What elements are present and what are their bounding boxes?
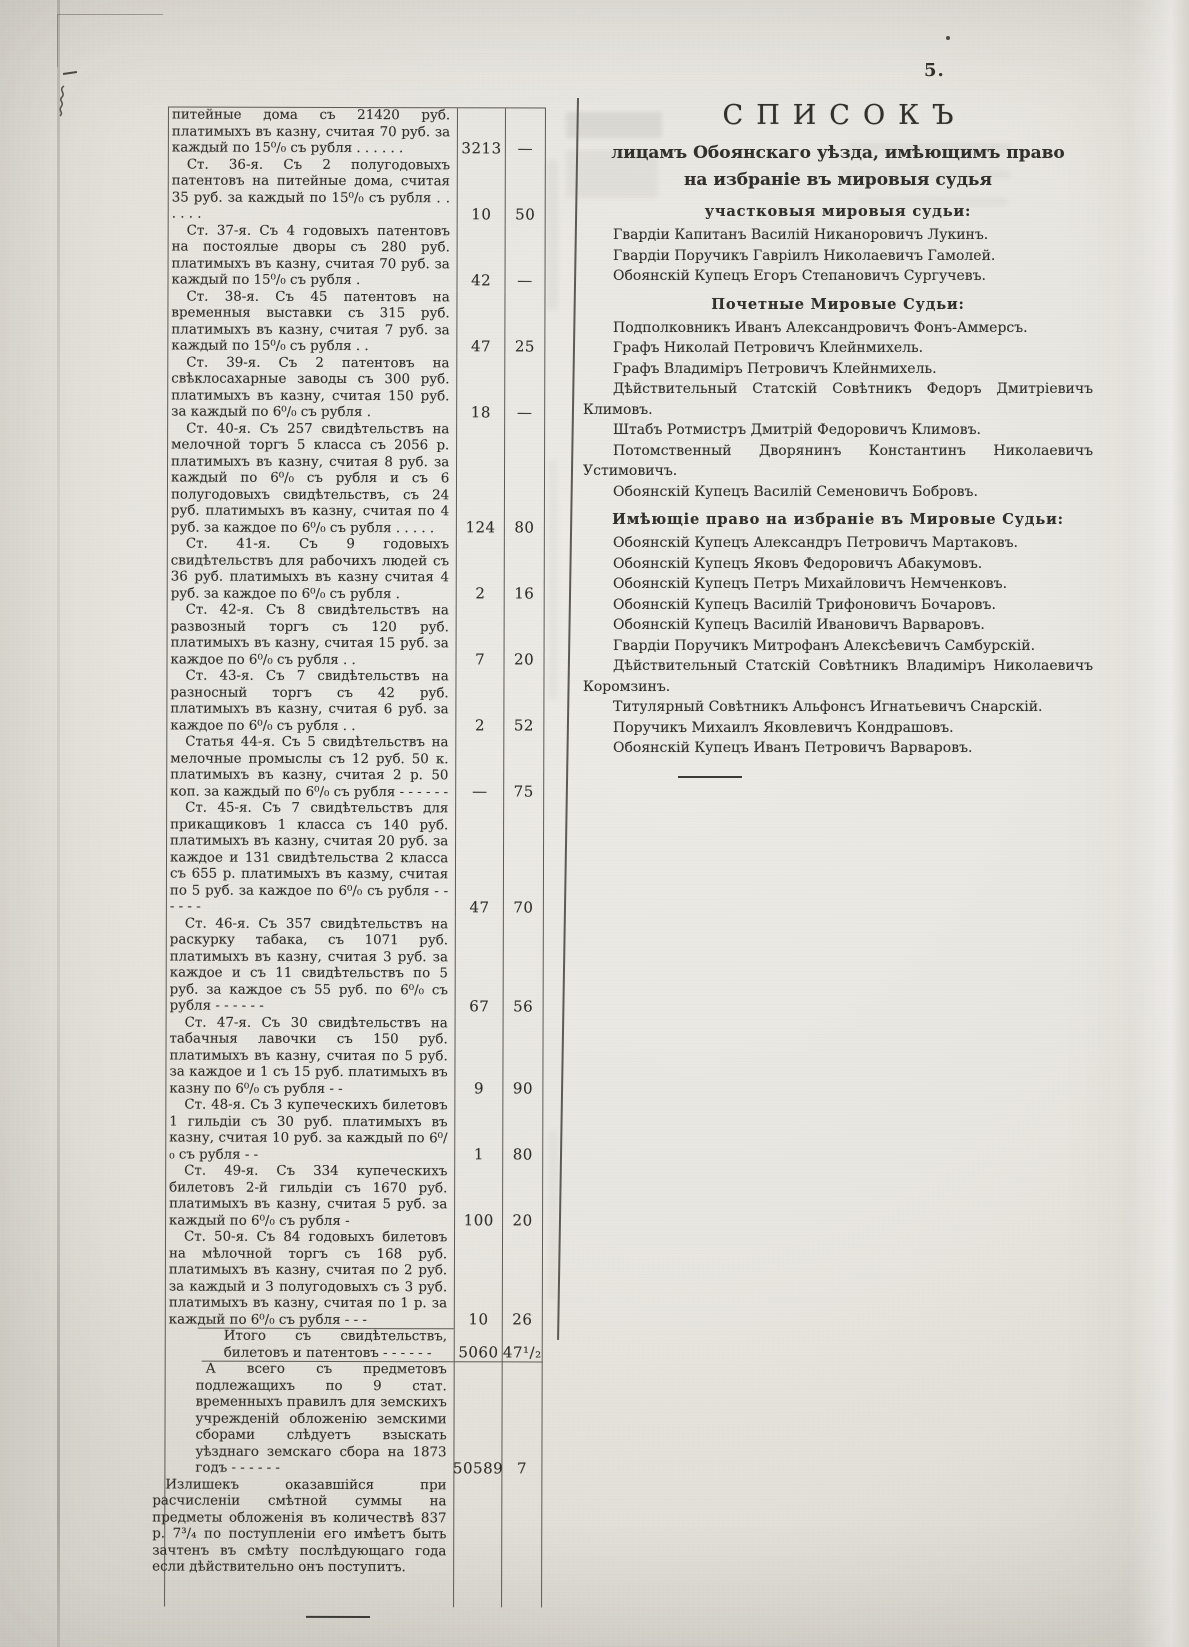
kopecks-value: 56	[504, 917, 544, 1016]
rubles-value: 9	[456, 1016, 504, 1099]
section-end-rule	[306, 1615, 370, 1618]
statement-row: Ст. 50-я. Съ 84 годовыхъ билетовъ на мѣл…	[166, 1230, 543, 1330]
kopecks-value: 26	[503, 1230, 543, 1329]
corner-fold-mark	[57, 14, 163, 67]
statement-paragraph: Ст. 43-я. Съ 7 свидѣтельствъ на разносны…	[170, 669, 448, 736]
kopecks-value: 52	[504, 669, 544, 735]
statement-paragraph: Ст. 42-я. Съ 8 свидѣтельствъ на развозны…	[171, 603, 449, 670]
person-name: Обоянскій Купецъ Василій Ивановичъ Варва…	[583, 615, 1093, 636]
statement-row: Ст. 42-я. Съ 8 свидѣтельствъ на развозны…	[168, 603, 545, 670]
person-name: Дѣйствительный Статскій Совѣтникъ Владим…	[583, 656, 1093, 697]
statement-text-cell: Ст. 41-я. Съ 9 годовыхъ свидѣтельствъ дл…	[168, 537, 457, 604]
spacer-text-cell	[165, 1576, 454, 1607]
kopecks-value: 75	[504, 735, 544, 801]
person-name: Потомственный Дворянинъ Константинъ Нико…	[583, 441, 1093, 482]
statement-row: Ст. 47-я. Съ 30 свидѣтельствъ на табачны…	[166, 1015, 543, 1098]
rubles-value: 10	[455, 1230, 503, 1329]
section-heading: Имѣющіе право на избраніе въ Мировые Суд…	[583, 509, 1093, 530]
kopecks-value: —	[506, 224, 546, 290]
person-name: Гвардіи Поручикъ Гавріилъ Николаевичъ Га…	[583, 246, 1093, 267]
column-divider-rule	[557, 98, 579, 1340]
statement-text-cell: Ст. 49-я. Съ 334 купеческихъ билетовъ 2-…	[166, 1164, 455, 1231]
kopecks-value: 20	[505, 603, 545, 669]
kopecks-value: 16	[505, 537, 545, 603]
kopecks-value	[502, 1478, 542, 1577]
statement-row: Ст. 41-я. Съ 9 годовыхъ свидѣтельствъ дл…	[168, 537, 545, 604]
statement-text-cell: Излишекъ оказавшійся при расчисленіи смѣ…	[152, 1477, 454, 1577]
spacer-rub-cell	[454, 1577, 502, 1607]
statement-paragraph: Ст. 38-я. Съ 45 патентовъ на временныя в…	[171, 289, 449, 356]
statement-paragraph: Ст. 48-я. Съ 3 купеческихъ билетовъ 1 ги…	[169, 1098, 447, 1165]
list-subtitle-line2: на избраніе въ мировыя судья	[583, 167, 1093, 194]
statement-row: Ст. 43-я. Съ 7 свидѣтельствъ на разносны…	[167, 669, 544, 736]
statement-paragraph: питейные дома съ 21420 руб. платимыхъ въ…	[172, 108, 450, 158]
kopecks-value: 20	[503, 1164, 543, 1230]
statement-text-cell: Ст. 38-я. Съ 45 патентовъ на временныя в…	[168, 289, 457, 356]
rubles-value: 2	[457, 669, 505, 735]
person-name: Обоянскій Купецъ Василій Семеновичъ Бобр…	[583, 482, 1093, 503]
statement-row: Ст. 45-я. Съ 7 свидѣтельствъ для прикащи…	[167, 801, 544, 917]
statement-paragraph: Ст. 39-я. Съ 2 патентовъ на свѣклосахарн…	[171, 355, 449, 422]
person-name: Обоянскій Купецъ Василій Трифоновичъ Боч…	[583, 595, 1093, 616]
statement-row: А всего съ предметовъ подлежащихъ по 9 с…	[165, 1362, 542, 1478]
rubles-value: 2	[457, 537, 505, 603]
kopecks-value: —	[505, 356, 545, 422]
rubles-value: 124	[457, 422, 505, 538]
person-name: Обоянскій Купецъ Петръ Михайловичъ Немче…	[583, 574, 1093, 595]
statement-paragraph: Ст. 37-я. Съ 4 годовыхъ патентовъ на пос…	[172, 223, 450, 290]
ink-dot-artifact	[946, 36, 950, 40]
person-name: Обоянскій Купецъ Иванъ Петровичъ Варваро…	[583, 738, 1093, 759]
statement-text-cell: А всего съ предметовъ подлежащихъ по 9 с…	[165, 1362, 454, 1478]
rubles-value: 67	[456, 917, 504, 1016]
person-name: Штабъ Ротмистръ Дмитрій Федоровичъ Климо…	[583, 420, 1093, 441]
rubles-value: 42	[458, 224, 506, 290]
statement-text-cell: Ст. 36-я. Съ 2 полугодовыхъ патентовъ на…	[169, 157, 458, 224]
statement-text-cell: Ст. 48-я. Съ 3 купеческихъ билетовъ 1 ги…	[166, 1098, 455, 1165]
rubles-value	[454, 1478, 502, 1577]
rubles-value: 50589	[455, 1362, 503, 1478]
statement-paragraph: Ст. 46-я. Съ 357 свидѣтельствъ на раскур…	[170, 916, 448, 1016]
bleed-through-mark	[546, 160, 558, 310]
pen-squiggle-mark	[50, 84, 74, 122]
statement-paragraph: Итого съ свидѣтельствъ, билетовъ и патен…	[224, 1329, 447, 1363]
rubles-value: 3213	[458, 108, 506, 158]
rubles-value: 18	[457, 356, 505, 422]
statement-paragraph: Ст. 41-я. Съ 9 годовыхъ свидѣтельствъ дл…	[171, 537, 449, 604]
statement-paragraph: Излишекъ оказавшійся при расчисленіи смѣ…	[152, 1477, 446, 1577]
person-name: Графъ Владиміръ Петровичъ Клейнмихель.	[583, 359, 1093, 380]
statement-text-cell: Итого съ свидѣтельствъ, билетовъ и патен…	[166, 1329, 455, 1363]
statement-rows: питейные дома съ 21420 руб. платимыхъ въ…	[165, 108, 546, 1577]
spacer-kop-cell	[502, 1577, 542, 1607]
statement-text-cell: Ст. 43-я. Съ 7 свидѣтельствъ на разносны…	[167, 669, 456, 736]
statement-paragraph: Ст. 36-я. Съ 2 полугодовыхъ патентовъ на…	[172, 157, 450, 224]
person-name: Обоянскій Купецъ Александръ Петровичъ Ма…	[583, 533, 1093, 554]
statement-table: питейные дома съ 21420 руб. платимыхъ въ…	[164, 107, 546, 1607]
kopecks-value: 50	[506, 158, 546, 224]
statement-row: Ст. 36-я. Съ 2 полугодовыхъ патентовъ на…	[169, 157, 546, 224]
person-name: Поручикъ Михаилъ Яковлевичъ Кондрашовъ.	[583, 718, 1093, 739]
statement-row: Ст. 49-я. Съ 334 купеческихъ билетовъ 2-…	[166, 1164, 543, 1231]
bleed-through-mark	[548, 460, 558, 700]
statement-row: Излишекъ оказавшійся при расчисленіи смѣ…	[165, 1477, 542, 1577]
statement-column: питейные дома съ 21420 руб. платимыхъ въ…	[164, 107, 546, 1619]
kopecks-value: —	[506, 108, 546, 158]
binding-crease	[57, 0, 60, 1647]
statement-row: Ст. 39-я. Съ 2 патентовъ на свѣклосахарн…	[168, 355, 545, 422]
section-heading: Почетные Мировые Судьи:	[583, 294, 1093, 315]
person-name: Обоянскій Купецъ Егоръ Степановичъ Сургу…	[583, 266, 1093, 287]
statement-row: Ст. 46-я. Съ 357 свидѣтельствъ на раскур…	[167, 916, 544, 1016]
rubles-value: 47	[456, 801, 504, 917]
statement-paragraph: Ст. 49-я. Съ 334 купеческихъ билетовъ 2-…	[169, 1164, 447, 1231]
person-name: Гвардіи Капитанъ Василій Никаноровичъ Лу…	[583, 225, 1093, 246]
kopecks-value: 25	[505, 290, 545, 356]
bleed-through-mark	[548, 1130, 558, 1300]
rubles-value: —	[456, 735, 504, 801]
person-name: Графъ Николай Петровичъ Клейнмихель.	[583, 338, 1093, 359]
statement-text-cell: Ст. 45-я. Съ 7 свидѣтельствъ для прикащи…	[167, 801, 457, 917]
statement-text-cell: Ст. 46-я. Съ 357 свидѣтельствъ на раскур…	[167, 916, 456, 1016]
statement-paragraph: Ст. 50-я. Съ 84 годовыхъ билетовъ на мѣл…	[169, 1230, 447, 1330]
statement-text-cell: Ст. 37-я. Съ 4 годовыхъ патентовъ на пос…	[169, 223, 458, 290]
person-name: Обоянскій Купецъ Яковъ Федоровичъ Абакум…	[583, 554, 1093, 575]
table-rule-extension	[165, 1576, 542, 1607]
list-subtitle: лицамъ Обоянскаго уѣзда, имѣющимъ право …	[583, 140, 1093, 194]
person-name: Титулярный Совѣтникъ Альфонсъ Игнатьевич…	[583, 697, 1093, 718]
person-name: Подполковникъ Иванъ Александровичъ Фонъ-…	[583, 318, 1093, 339]
kopecks-value: 47¹/₂	[503, 1329, 543, 1362]
statement-row: Ст. 48-я. Съ 3 купеческихъ билетовъ 1 ги…	[166, 1098, 543, 1165]
statement-row: Итого съ свидѣтельствъ, билетовъ и патен…	[166, 1329, 543, 1363]
section-heading: участковыя мировыя судьи:	[583, 201, 1093, 222]
rubles-value: 10	[458, 158, 506, 224]
statement-row: Ст. 37-я. Съ 4 годовыхъ патентовъ на пос…	[169, 223, 546, 290]
statement-text-cell: Ст. 42-я. Съ 8 свидѣтельствъ на развозны…	[168, 603, 457, 670]
rubles-value: 100	[455, 1164, 503, 1230]
scanned-page: 5. питейные дома съ 21420 руб. платимыхъ…	[0, 0, 1189, 1647]
statement-row: Статья 44-я. Съ 5 свидѣтельствъ на мелоч…	[167, 735, 544, 802]
statement-paragraph: Статья 44-я. Съ 5 свидѣтельствъ на мелоч…	[170, 735, 448, 802]
statement-row: питейные дома съ 21420 руб. платимыхъ въ…	[169, 108, 546, 158]
statement-paragraph: А всего съ предметовъ подлежащихъ по 9 с…	[195, 1362, 446, 1478]
statement-paragraph: Ст. 47-я. Съ 30 свидѣтельствъ на табачны…	[169, 1015, 447, 1098]
kopecks-value: 90	[503, 1016, 543, 1099]
rubles-value: 7	[457, 603, 505, 669]
statement-text-cell: питейные дома съ 21420 руб. платимыхъ въ…	[169, 108, 458, 158]
kopecks-value: 7	[503, 1362, 543, 1478]
judges-sections: участковыя мировыя судьи:Гвардіи Капитан…	[583, 201, 1093, 759]
person-name: Гвардіи Поручикъ Митрофанъ Алексѣевичъ С…	[583, 636, 1093, 657]
person-name: Дѣйствительный Статскій Совѣтникъ Федоръ…	[583, 379, 1093, 420]
statement-text-cell: Ст. 47-я. Съ 30 свидѣтельствъ на табачны…	[166, 1015, 455, 1098]
rubles-value: 5060	[455, 1329, 503, 1362]
page-number: 5.	[924, 60, 945, 81]
judges-column: СПИСОКЪ лицамъ Обоянскаго уѣзда, имѣющим…	[583, 100, 1093, 778]
rubles-value: 47	[458, 290, 506, 356]
page-right-edge	[1129, 0, 1189, 1647]
statement-text-cell: Ст. 39-я. Съ 2 патентовъ на свѣклосахарн…	[168, 355, 457, 422]
kopecks-value: 70	[504, 801, 544, 917]
list-end-rule	[678, 776, 742, 779]
statement-row: Ст. 38-я. Съ 45 патентовъ на временныя в…	[168, 289, 545, 356]
list-subtitle-line1: лицамъ Обоянскаго уѣзда, имѣющимъ право	[583, 140, 1093, 167]
rubles-value: 1	[455, 1098, 503, 1164]
statement-text-cell: Ст. 50-я. Съ 84 годовыхъ билетовъ на мѣл…	[166, 1230, 455, 1330]
pen-dash-mark	[63, 71, 77, 75]
kopecks-value: 80	[503, 1098, 543, 1164]
statement-paragraph: Ст. 40-я. Съ 257 свидѣтельствъ на мелочн…	[171, 421, 450, 537]
kopecks-value: 80	[505, 422, 545, 538]
list-title: СПИСОКЪ	[583, 100, 1093, 131]
statement-text-cell: Статья 44-я. Съ 5 свидѣтельствъ на мелоч…	[167, 735, 456, 802]
statement-row: Ст. 40-я. Съ 257 свидѣтельствъ на мелочн…	[168, 421, 545, 537]
statement-text-cell: Ст. 40-я. Съ 257 свидѣтельствъ на мелочн…	[168, 421, 458, 537]
statement-paragraph: Ст. 45-я. Съ 7 свидѣтельствъ для прикащи…	[170, 801, 449, 917]
